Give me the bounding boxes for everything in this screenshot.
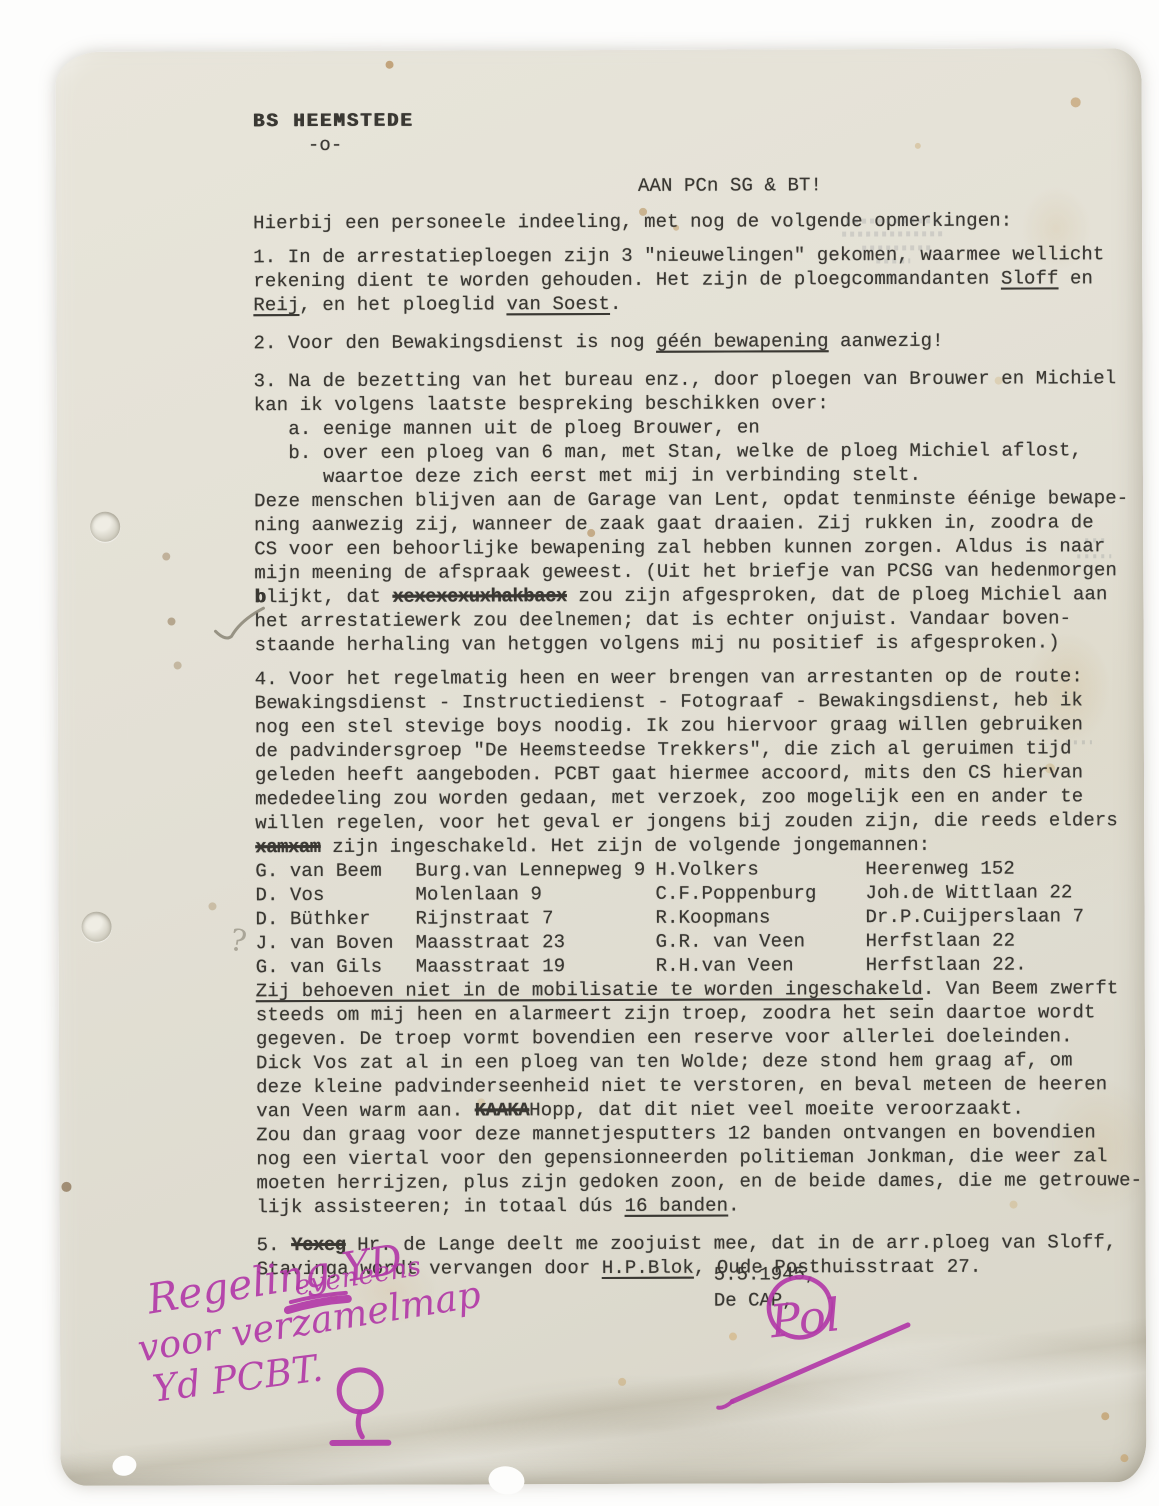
closing-block: 5.5.1945, De CAP, xyxy=(714,1261,817,1313)
underlined-name: van Soest xyxy=(506,293,610,315)
text-line: het arrestatiewerk zou deelnemen; dat is… xyxy=(254,606,1134,633)
item-1: 1. In de arrestatieploegen zijn 3 "nieuw… xyxy=(253,242,1133,317)
text-line: Stavinga wordt vervangen door H.P.Blok, … xyxy=(257,1254,1137,1281)
paper-tear xyxy=(111,1453,139,1478)
text-line: ning aanwezig zij, wanneer de zaak gaat … xyxy=(254,510,1134,537)
struck-out-text: Ycxeg xyxy=(291,1234,346,1256)
roster-name: D. Vos xyxy=(255,883,415,908)
underlined-name: Sloff xyxy=(1001,267,1059,289)
text-line: van Veen warm aan. KAAKAHopp, dat dit ni… xyxy=(256,1096,1136,1123)
text-line: de padvindersgroep "De Heemsteedse Trekk… xyxy=(255,736,1135,763)
struck-out-text: KAAKA xyxy=(475,1099,530,1121)
roster-address: Herfstlaan 22. xyxy=(866,952,1136,977)
text-line: Bewakingsdienst - Instructiedienst - Fot… xyxy=(255,688,1135,715)
text-line: Zou dan graag voor deze mannetjesputters… xyxy=(256,1120,1136,1147)
text-line: mijn meening de afspraak geweest. (Uit h… xyxy=(254,558,1134,585)
punch-hole-bottom xyxy=(82,912,112,942)
roster-name: D. Büthker xyxy=(255,907,415,932)
item-4-continuation: Zij behoeven niet in de mobilisatie te w… xyxy=(256,976,1137,1219)
roster-name: R.H.van Veen xyxy=(656,953,866,978)
text-line: willen regelen, voor het geval er jongen… xyxy=(255,808,1135,835)
underlined-phrase: géén bewapening xyxy=(656,330,829,353)
item-3: 3. Na de bezetting van het bureau enz., … xyxy=(254,366,1135,657)
text-line: staande herhaling van hetggen volgens mi… xyxy=(255,630,1135,657)
item-4: 4. Voor het regelmatig heen en weer bren… xyxy=(255,664,1136,859)
roster-address: Burg.van Lennepweg 9 xyxy=(415,858,655,883)
roster-name: H.Volkers xyxy=(655,857,865,882)
roster-address: Molenlaan 9 xyxy=(415,882,655,907)
text-line: b. over een ploeg van 6 man, met Stan, w… xyxy=(254,438,1134,465)
struck-out-text: xexexcxuxhakbacx xyxy=(392,585,567,608)
text-line: xamxam zijn ingeschakeld. Het zijn de vo… xyxy=(255,832,1135,859)
text-line: kan ik volgens laatste bespreking beschi… xyxy=(254,390,1134,417)
intro-line: Hierbij een personeele indeeling, met no… xyxy=(253,208,1133,235)
handwritten-note-line2: voor verzamelmap xyxy=(135,1273,484,1371)
text-line: nog een viertal voor den gepensionneerde… xyxy=(256,1144,1136,1171)
text-line: rekening dient te worden gehouden. Het z… xyxy=(253,266,1133,293)
roster-table: G. van Beem Burg.van Lennepweg 9 H.Volke… xyxy=(255,856,1135,979)
handwritten-strikeout xyxy=(288,1293,348,1310)
handwritten-paraph-symbol xyxy=(332,1370,388,1443)
signoff-role: De CAP, xyxy=(714,1287,817,1313)
overtyped-letter: b xyxy=(254,586,266,608)
underlined-phrase: 16 banden xyxy=(625,1195,729,1217)
underlined-sentence: Zij behoeven niet in de mobilisatie te w… xyxy=(256,978,923,1002)
underlined-name: Reij xyxy=(253,294,299,316)
roster-name: C.F.Poppenburg xyxy=(655,881,865,906)
text-line: waartoe deze zich eerst met mij in verbi… xyxy=(254,462,1134,489)
roster-address: Dr.P.Cuijperslaan 7 xyxy=(865,904,1135,929)
text-line: 3. Na de bezetting van het bureau enz., … xyxy=(254,366,1134,393)
text-line: Dick Vos zat al in een ploeg van ten Wol… xyxy=(256,1048,1136,1075)
text-line: 1. In de arrestatieploegen zijn 3 "nieuw… xyxy=(253,242,1133,269)
text-line: blijkt, dat xexexcxuxhakbacx zou zijn af… xyxy=(254,582,1134,609)
text-line: 2. Voor den Bewakingsdienst is nog géén … xyxy=(253,328,1133,355)
roster-address: Heerenweg 152 xyxy=(865,856,1135,881)
letterhead-divider: -o- xyxy=(308,130,1133,157)
text-line: geleden heeft aangeboden. PCBT gaat hier… xyxy=(255,760,1135,787)
roster-name: J. van Boven xyxy=(256,931,416,956)
date-line: 5.5.1945, xyxy=(714,1261,817,1287)
underlined-name: H.P.Blok xyxy=(602,1257,694,1279)
roster-address: Joh.de Wittlaan 22 xyxy=(865,880,1135,905)
roster-name: G. van Gils xyxy=(256,955,416,980)
item-2: 2. Voor den Bewakingsdienst is nog géén … xyxy=(253,328,1133,355)
text-line: moeten herrijzen, plus zijn gedoken zoon… xyxy=(256,1168,1136,1195)
punch-hole-top xyxy=(90,512,120,542)
pencil-question-mark: ? xyxy=(227,923,249,960)
roster-address: Maasstraat 19 xyxy=(416,954,656,979)
text-line: a. eenige mannen uit de ploeg Brouwer, e… xyxy=(254,414,1134,441)
handwritten-note-line3: Yd PCBT. xyxy=(150,1346,325,1410)
typed-content: BS HEEMSTEDE -o- AAN PCn SG & BT! Hierbi… xyxy=(253,106,1137,1281)
item-5: 5. Ycxeg Hr. de Lange deelt me zoojuist … xyxy=(257,1230,1137,1281)
text-line: CS voor een behoorlijke bewapening zal h… xyxy=(254,534,1134,561)
letterhead: BS HEEMSTEDE -o- xyxy=(253,106,1133,157)
text-line: Deze menschen blijven aan de Garage van … xyxy=(254,486,1134,513)
text-line: Reij, en het ploeglid van Soest. xyxy=(253,290,1133,317)
roster-address: Maasstraat 23 xyxy=(416,930,656,955)
text-line: nog een stel stevige boys noodig. Ik zou… xyxy=(255,712,1135,739)
roster-name: R.Koopmans xyxy=(655,905,865,930)
scan-background: BS HEEMSTEDE -o- AAN PCn SG & BT! Hierbi… xyxy=(0,0,1159,1506)
addressee: AAN PCn SG & BT! xyxy=(638,172,1133,198)
roster-name: G.R. van Veen xyxy=(656,929,866,954)
struck-out-text: xamxam xyxy=(255,836,320,858)
text-line: gegeven. De troep vormt bovendien een re… xyxy=(256,1024,1136,1051)
roster-address: Herfstlaan 22 xyxy=(866,928,1136,953)
text-line: lijk assisteeren; in totaal dús 16 bande… xyxy=(256,1192,1136,1219)
text-line: 4. Voor het regelmatig heen en weer bren… xyxy=(255,664,1135,691)
text-line: 5. Ycxeg Hr. de Lange deelt me zoojuist … xyxy=(257,1230,1137,1257)
roster-address: Rijnstraat 7 xyxy=(415,906,655,931)
text-line: Zij behoeven niet in de mobilisatie te w… xyxy=(256,976,1136,1003)
text-line: mededeeling zou worden gedaan, met verzo… xyxy=(255,784,1135,811)
roster-name: G. van Beem xyxy=(255,859,415,884)
text-line: steeds om mij heen en alarmeert zijn tro… xyxy=(256,1000,1136,1027)
text-line: deze kleine padvinderseenheid niet te ve… xyxy=(256,1072,1136,1099)
paper-tear xyxy=(487,1464,526,1497)
document-page: BS HEEMSTEDE -o- AAN PCn SG & BT! Hierbi… xyxy=(56,48,1147,1486)
org-name: BS HEEMSTEDE xyxy=(253,106,1133,133)
